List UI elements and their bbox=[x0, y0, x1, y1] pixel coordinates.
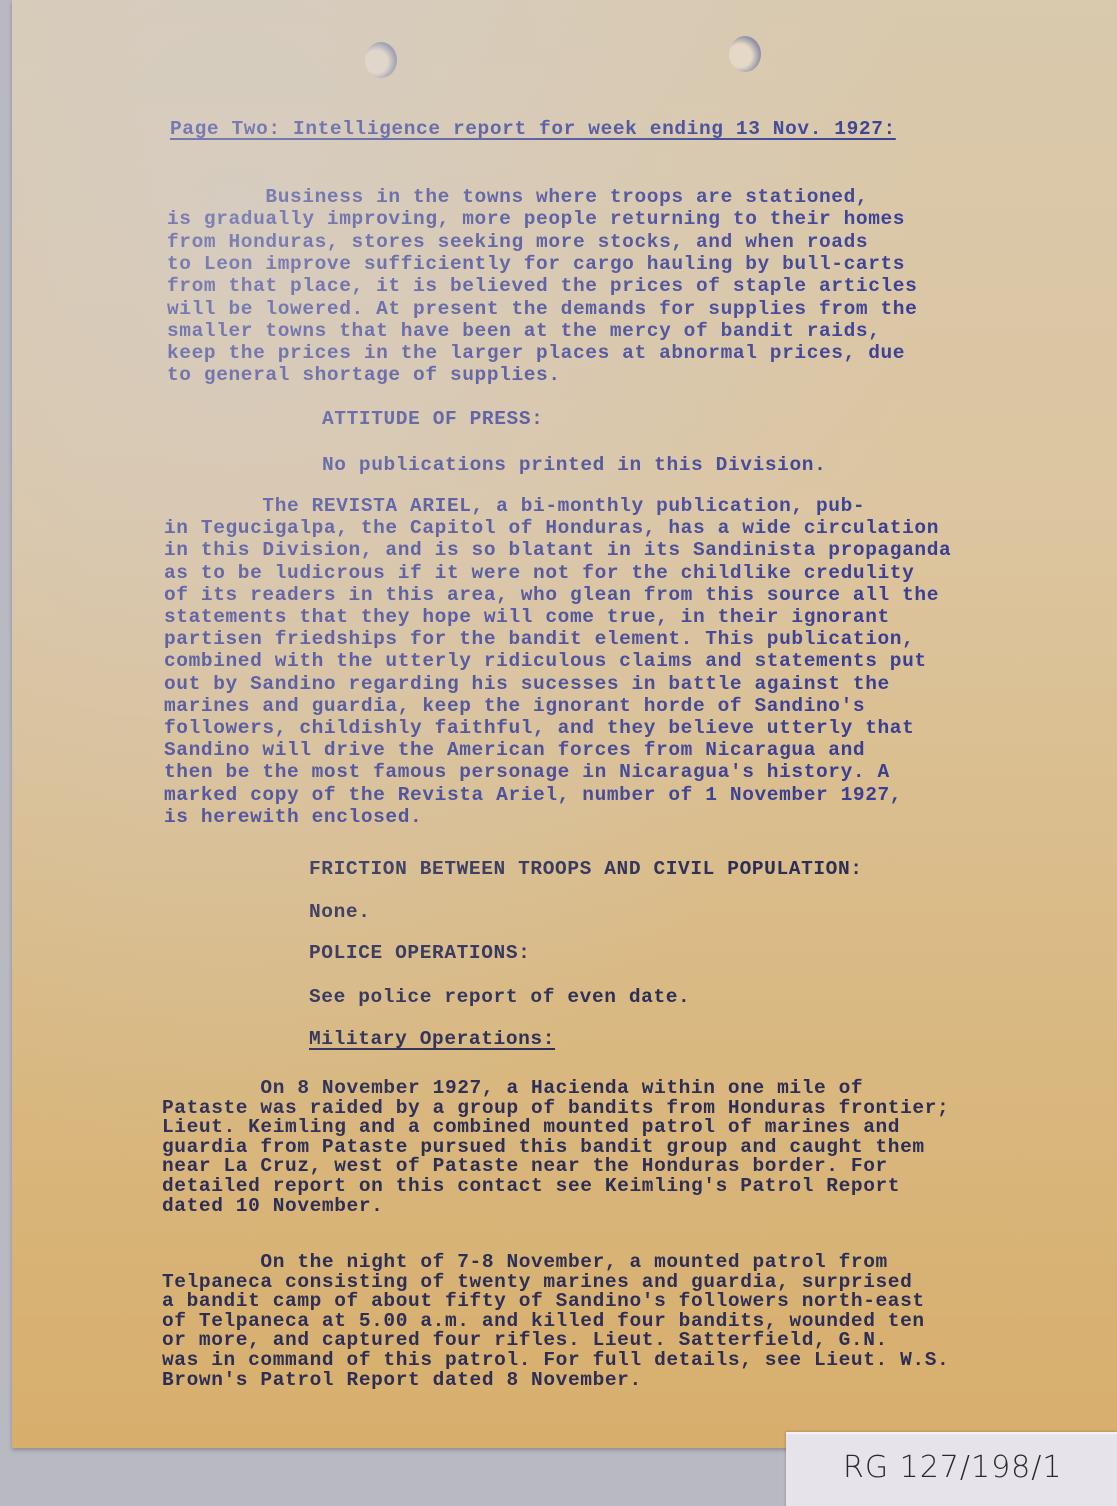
punch-hole bbox=[729, 36, 761, 72]
business-paragraph-line: from that place, it is believed the pric… bbox=[167, 277, 917, 297]
revista-paragraph-line: Sandino will drive the American forces f… bbox=[164, 741, 865, 761]
military-paragraph2-line: of Telpaneca at 5.00 a.m. and killed fou… bbox=[162, 1312, 925, 1332]
police-heading: POLICE OPERATIONS: bbox=[309, 944, 530, 964]
business-paragraph-line: smaller towns that have been at the merc… bbox=[167, 322, 881, 342]
friction-text: None. bbox=[309, 903, 371, 923]
military-paragraph2-line: or more, and captured four rifles. Lieut… bbox=[162, 1331, 888, 1351]
revista-paragraph-line: marines and guardia, keep the ignorant h… bbox=[164, 697, 865, 717]
police-text: See police report of even date. bbox=[309, 988, 690, 1008]
page-header: Page Two: Intelligence report for week e… bbox=[170, 120, 896, 140]
revista-paragraph-line: in this Division, and is so blatant in i… bbox=[164, 541, 951, 561]
business-paragraph-line: will be lowered. At present the demands … bbox=[167, 300, 917, 320]
military-heading: Military Operations: bbox=[309, 1030, 555, 1050]
business-paragraph-line: Business in the towns where troops are s… bbox=[167, 188, 868, 208]
military-paragraph1-line: dated 10 November. bbox=[162, 1197, 383, 1217]
document-page: Page Two: Intelligence report for week e… bbox=[12, 0, 1117, 1448]
military-paragraph2-line: a bandit camp of about fifty of Sandino'… bbox=[162, 1292, 925, 1312]
military-paragraph2-line: On the night of 7-8 November, a mounted … bbox=[162, 1253, 888, 1273]
revista-paragraph-line: out by Sandino regarding his sucesses in… bbox=[164, 675, 890, 695]
military-paragraph1-line: guardia from Pataste pursued this bandit… bbox=[162, 1138, 925, 1158]
punch-hole bbox=[365, 42, 397, 78]
military-paragraph1-line: Lieut. Keimling and a combined mounted p… bbox=[162, 1118, 900, 1138]
revista-paragraph-line: followers, childishly faithful, and they… bbox=[164, 719, 914, 739]
military-paragraph1-line: Pataste was raided by a group of bandits… bbox=[162, 1099, 949, 1119]
revista-paragraph-line: The REVISTA ARIEL, a bi-monthly publicat… bbox=[164, 497, 865, 517]
business-paragraph-line: to general shortage of supplies. bbox=[167, 366, 561, 386]
revista-paragraph-line: of its readers in this area, who glean f… bbox=[164, 586, 939, 606]
archive-label: RG 127/198/1 bbox=[843, 1450, 1062, 1485]
revista-paragraph-line: marked copy of the Revista Ariel, number… bbox=[164, 786, 902, 806]
revista-paragraph-line: then be the most famous personage in Nic… bbox=[164, 763, 890, 783]
revista-paragraph-line: partisen friedships for the bandit eleme… bbox=[164, 630, 914, 650]
press-heading: ATTITUDE OF PRESS: bbox=[322, 410, 543, 430]
revista-paragraph-line: statements that they hope will come true… bbox=[164, 608, 890, 628]
revista-paragraph-line: in Tegucigalpa, the Capitol of Honduras,… bbox=[164, 519, 939, 539]
military-paragraph2-line: Telpaneca consisting of twenty marines a… bbox=[162, 1273, 912, 1293]
revista-paragraph-line: combined with the utterly ridiculous cla… bbox=[164, 652, 927, 672]
business-paragraph-line: keep the prices in the larger places at … bbox=[167, 344, 905, 364]
business-paragraph-line: is gradually improving, more people retu… bbox=[167, 210, 905, 230]
revista-paragraph-line: as to be ludicrous if it were not for th… bbox=[164, 564, 914, 584]
military-paragraph1-line: near La Cruz, west of Pataste near the H… bbox=[162, 1157, 888, 1177]
press-text: No publications printed in this Division… bbox=[322, 456, 826, 476]
friction-heading: FRICTION BETWEEN TROOPS AND CIVIL POPULA… bbox=[309, 860, 863, 880]
military-paragraph1-line: On 8 November 1927, a Hacienda within on… bbox=[162, 1079, 863, 1099]
business-paragraph-line: to Leon improve sufficiently for cargo h… bbox=[167, 255, 905, 275]
military-paragraph1-line: detailed report on this contact see Keim… bbox=[162, 1177, 900, 1197]
archive-label-card: RG 127/198/1 bbox=[786, 1432, 1117, 1506]
military-paragraph2-line: Brown's Patrol Report dated 8 November. bbox=[162, 1371, 642, 1391]
military-paragraph2-line: was in command of this patrol. For full … bbox=[162, 1351, 949, 1371]
business-paragraph-line: from Honduras, stores seeking more stock… bbox=[167, 233, 868, 253]
revista-paragraph-line: is herewith enclosed. bbox=[164, 808, 422, 828]
